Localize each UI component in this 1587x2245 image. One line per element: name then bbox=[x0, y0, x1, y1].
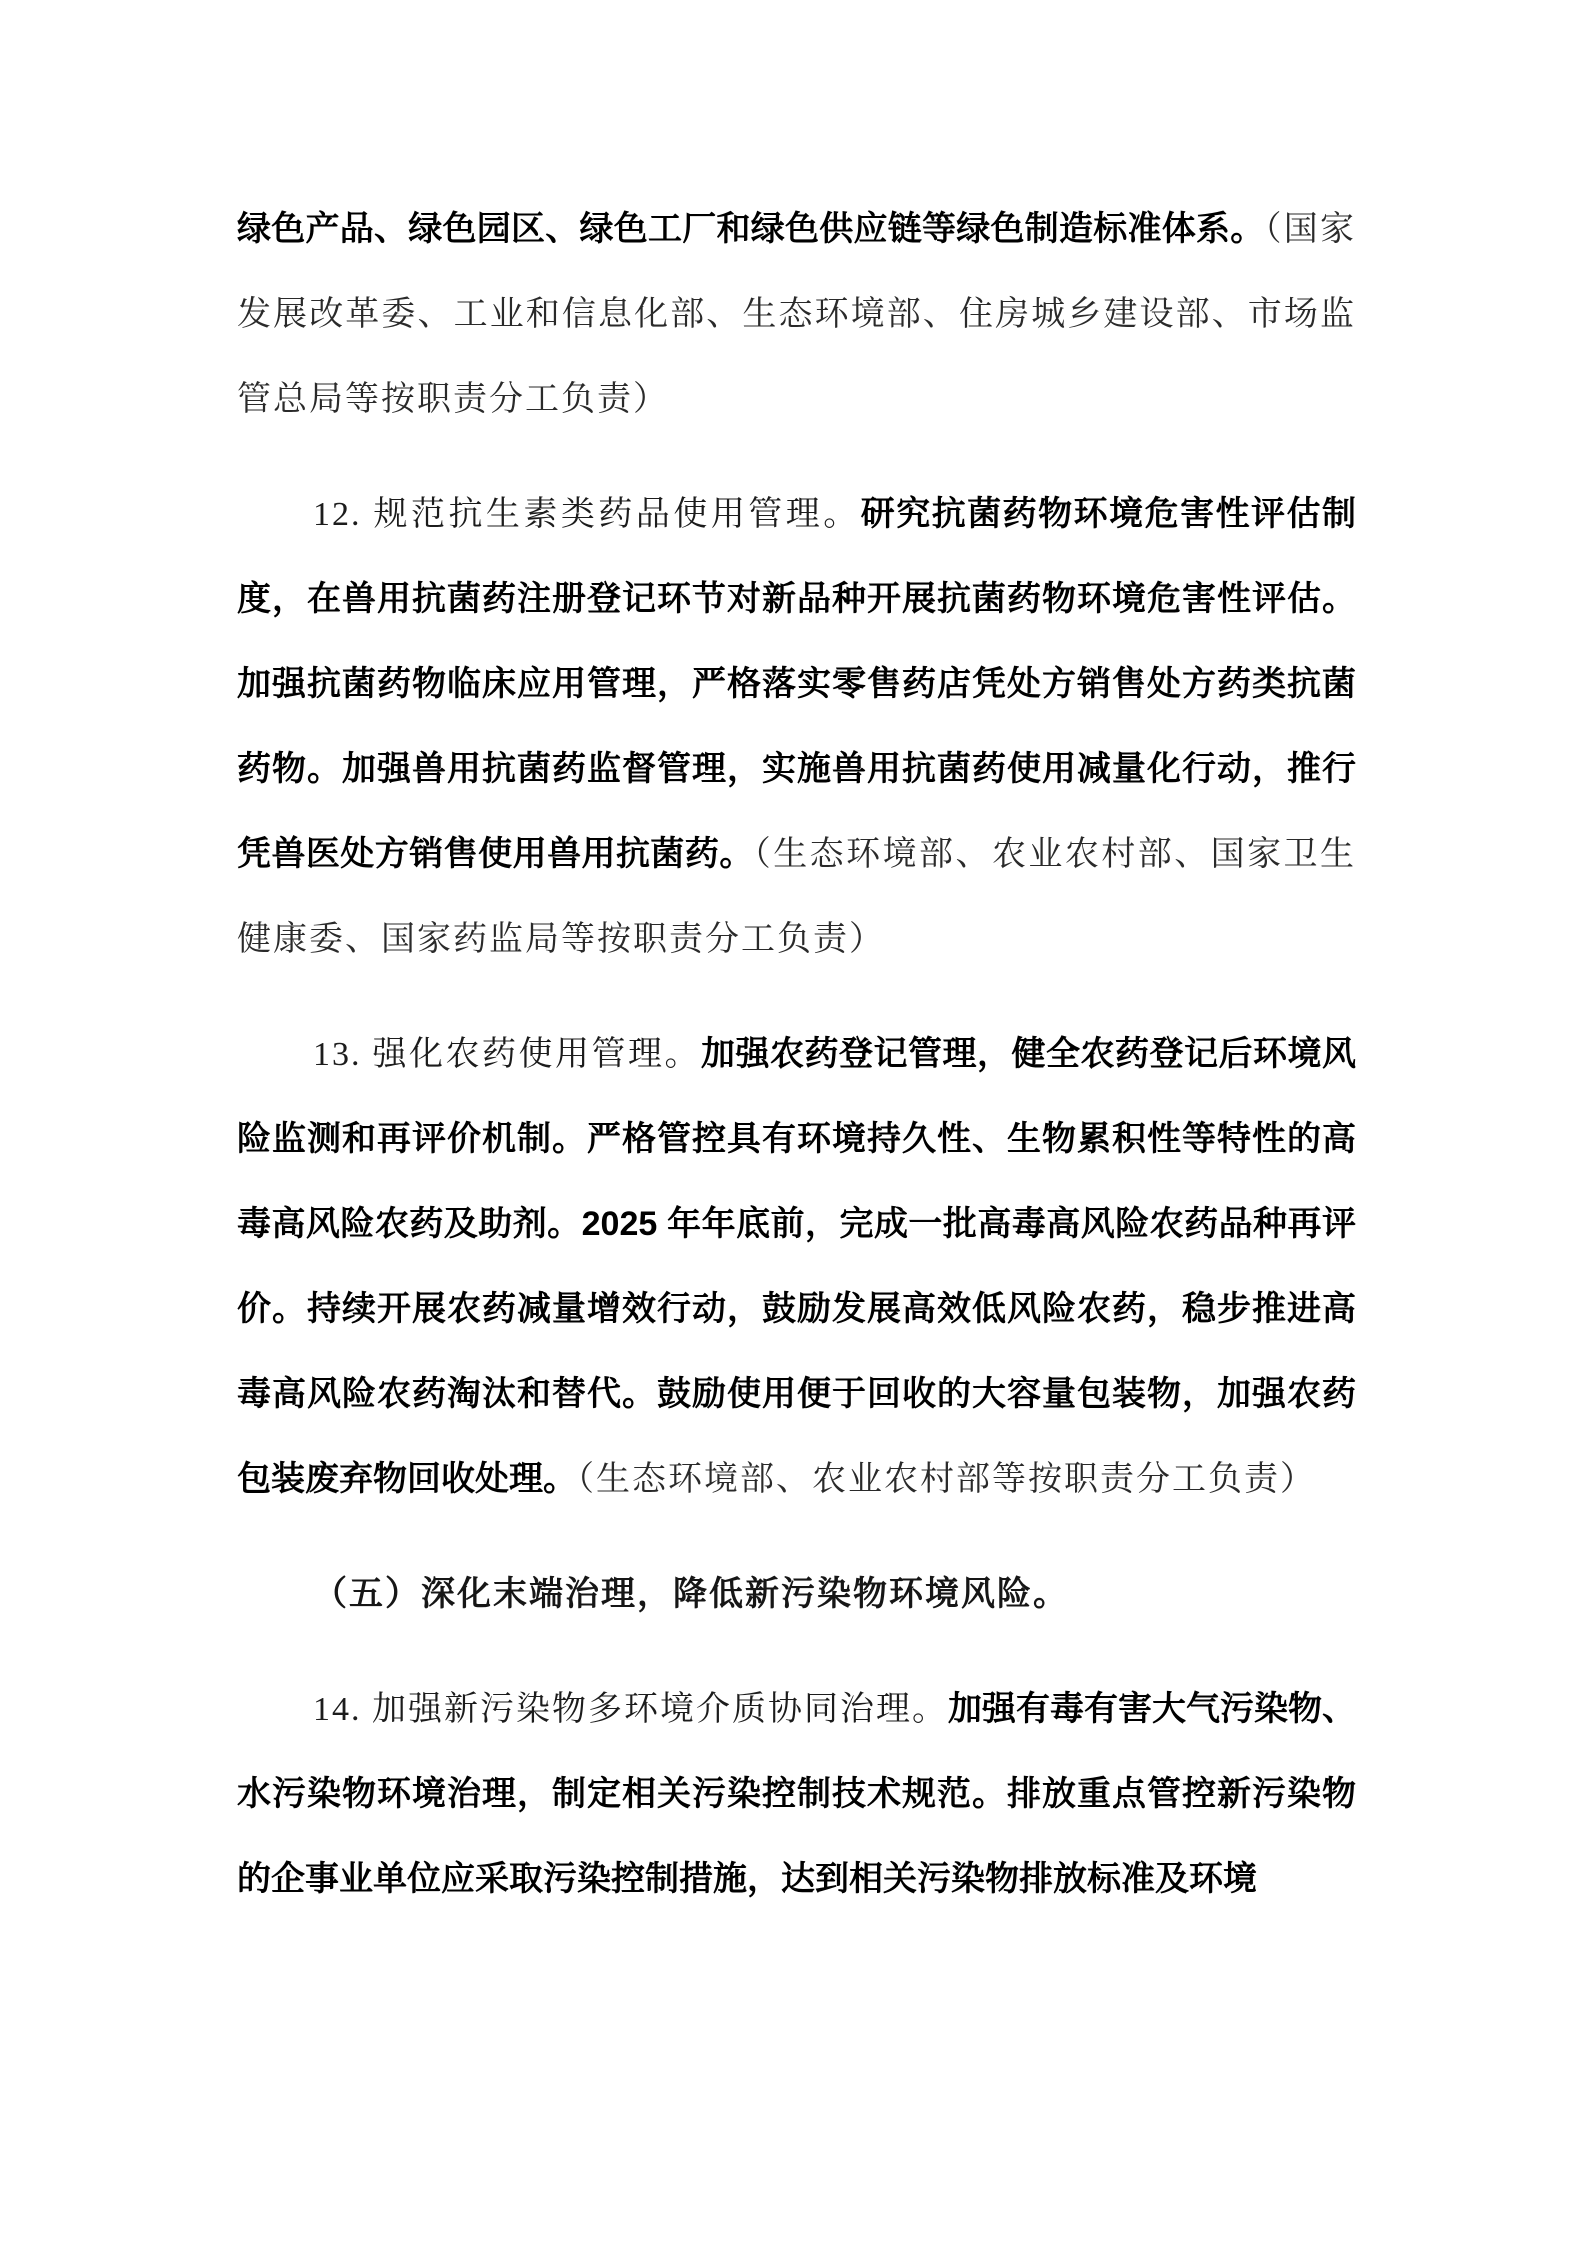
paragraph-13-lead-text: 13. 强化农药使用管理。 bbox=[313, 1036, 701, 1073]
paragraph-11-continuation: 绿色产品、绿色园区、绿色工厂和绿色供应链等绿色制造标准体系。（国家发展改革委、工… bbox=[237, 187, 1356, 442]
section-heading-5: （五）深化末端治理，降低新污染物环境风险。 bbox=[237, 1552, 1356, 1637]
paragraph-12-lead-text: 12. 规范抗生素类药品使用管理。 bbox=[313, 496, 861, 533]
paragraph-13-departments-text: （生态环境部、农业农村部等按职责分工负责） bbox=[577, 1461, 1316, 1498]
paragraph-12-body-text: 研究抗菌药物环境危害性评估制度，在兽用抗菌药注册登记环节对新品种开展抗菌药物环境… bbox=[237, 495, 1356, 873]
paragraph-11-bold-text: 绿色产品、绿色园区、绿色工厂和绿色供应链等绿色制造标准体系。 bbox=[237, 210, 1265, 248]
paragraph-13: 13. 强化农药使用管理。加强农药登记管理，健全农药登记后环境风险监测和再评价机… bbox=[237, 1012, 1356, 1522]
paragraph-14-lead-text: 14. 加强新污染物多环境介质协同治理。 bbox=[313, 1691, 948, 1728]
document-page: 绿色产品、绿色园区、绿色工厂和绿色供应链等绿色制造标准体系。（国家发展改革委、工… bbox=[0, 0, 1587, 2245]
paragraph-14: 14. 加强新污染物多环境介质协同治理。加强有毒有害大气污染物、水污染物环境治理… bbox=[237, 1667, 1356, 1922]
paragraph-12: 12. 规范抗生素类药品使用管理。研究抗菌药物环境危害性评估制度，在兽用抗菌药注… bbox=[237, 472, 1356, 982]
paragraph-13-body-text: 加强农药登记管理，健全农药登记后环境风险监测和再评价机制。严格管控具有环境持久性… bbox=[237, 1035, 1356, 1498]
